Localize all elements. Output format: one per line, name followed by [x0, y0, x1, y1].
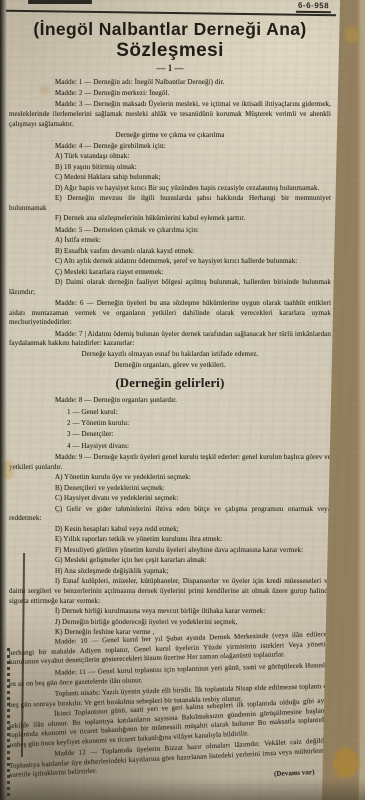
document-paragraph: D) Ağır hapis ve haysiyet kırıcı Bir suç… — [9, 184, 331, 194]
document-body: Madde: 1 — Derneğin adı: İnegöl Nalbantl… — [9, 78, 331, 793]
document-paragraph: C) Altı aylık dernek aidatını ödememek, … — [9, 257, 331, 267]
document-paragraph: 2 — Yönetim kurulu: — [67, 419, 331, 429]
document-paragraph: Madde: 9 — Derneğe kayıtlı üyeleri genel… — [9, 453, 331, 472]
document-paragraph: A) İstifa etmek: — [9, 236, 331, 246]
document-paragraph: J) Derneğin birliğe göndereceği üyeleri … — [9, 618, 331, 628]
document-paragraph: H) Ana sözleşmede değişiklik yapmak; — [9, 567, 331, 577]
page-number: — 1 — — [9, 62, 331, 74]
document-paragraph: B) Esnaflık vasfını devamlı olarak kayıd… — [9, 247, 331, 257]
document-paragraph: Derneğe kayıtlı olmayan esnaf bu haklard… — [9, 350, 331, 360]
document-paragraph: E) Yıllık raporları tetkik ve yönetim ku… — [9, 535, 331, 545]
document-paragraph: I) Esnaf kulüpleri, müzeler, kütüphanele… — [9, 577, 331, 606]
document-title-line1: (İnegöl Nalbantlar Derneği Ana) — [9, 19, 331, 40]
document-paragraph: G) Mesleki gelişmeler için her çeşit kar… — [9, 556, 331, 566]
document-paragraph: F) Mesuliyeti görülen yönetim kurulu üye… — [9, 546, 331, 556]
document-paragraph: D) Kesin hesapları kabul veya redd etmek… — [9, 525, 331, 535]
document-paragraph: İ) Dernek birliği kurulmasına veya mevcu… — [9, 607, 331, 617]
document-paragraph: Ç) Mesleki kararlara riayet etmemek: — [9, 268, 331, 278]
document-paragraph: A) Türk vatandaşı olmak: — [9, 152, 331, 162]
document-paragraph: (Derneğin gelirleri) — [9, 375, 331, 392]
document-paragraph: F) Dernek ana sözleşmelerinin hükümlerin… — [9, 214, 331, 224]
document-paragraph: Derneğe girme ve çıkma ve çıkarılma — [9, 131, 331, 141]
document-paragraph: Madde: 7 | Aidatını ödemiş bulunan üyele… — [9, 330, 331, 349]
scan-bottom-shadow — [0, 778, 365, 800]
document-paragraph: Madde: 5 — Dernekten çıkmak ve çıkarılma… — [9, 226, 331, 236]
document-paragraph: 1 — Genel kurul: — [67, 408, 331, 418]
date-stamp: 6-6-958 — [296, 1, 331, 13]
document-paragraph: C) Haysiyet divanı ve yedeklerini seçmek… — [9, 494, 331, 504]
document-title-line2: Sözleşmesi — [9, 40, 331, 62]
document-paragraph: Madde: 3 — Derneğin maksadı Üyelerin mes… — [9, 100, 331, 129]
document-paragraph: D) Daimi olarak derneğin faaliyet bölges… — [9, 278, 331, 297]
document-paragraph: Madde: 6 — Derneğin üyeleri bu ana sözle… — [9, 299, 331, 328]
document-paragraph: Madde: 8 — Derneğin organları şunlardır. — [9, 396, 331, 406]
document-paragraph: Madde: 1 — Derneğin adı: İnegöl Nalbantl… — [9, 78, 331, 88]
binding-marks-decoration — [7, 648, 10, 796]
cutoff-text-smudge — [28, 0, 92, 4]
document-paragraph: B) Denetçileri ve yedeklerini seçmek: — [9, 484, 331, 494]
document-paragraph: B) 18 yaşını bitirmiş olmak: — [9, 163, 331, 173]
document-paragraph: A) Yönetim kurulu üye ve yedeklerini seç… — [9, 473, 331, 483]
document-paragraph: E) Derneğin mevzuu ile ilgili hususlarda… — [9, 194, 331, 213]
document-paragraph: 4 — Haysiyet divanı: — [67, 442, 331, 452]
document-paragraph: Madde: 2 — Derneğin merkezi: İnegöl. — [9, 89, 331, 99]
document-paragraph: 3 — Denetçiler: — [67, 430, 331, 440]
book-fore-edge-highlight — [357, 0, 365, 800]
document-paragraph: Ç) Gelir ve gider tahminlerini ihtiva ed… — [9, 505, 331, 524]
document-paragraph: Derneğin organları, görev ve yetkileri. — [9, 361, 331, 371]
document-paragraph: C) Medeni Haklara sahip bulunmak; — [9, 173, 331, 183]
scan-edge-shadow — [0, 0, 7, 800]
document-page: (İnegöl Nalbantlar Derneği Ana) Sözleşme… — [9, 16, 331, 793]
document-paragraph: Madde: 4 — Derneğe girebilmek için: — [9, 142, 331, 152]
